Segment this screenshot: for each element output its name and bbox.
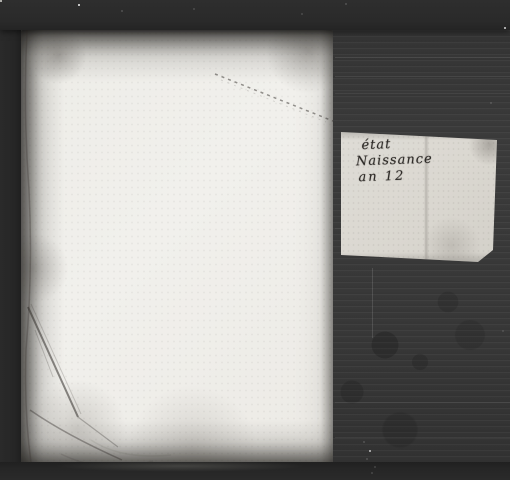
paper-label-fragment: état Naissance an 12 [341, 128, 499, 266]
handwritten-label: état Naissance an 12 [355, 136, 433, 187]
film-left-edge [0, 0, 21, 480]
film-scratch-line [335, 437, 510, 438]
page-crease-marks [21, 30, 333, 463]
film-scratch-line [335, 57, 510, 58]
film-top-bar [0, 0, 510, 30]
handwritten-line-naissance: Naissance [356, 152, 433, 171]
film-scratch-line-vertical [372, 268, 373, 338]
film-bottom-bar [0, 462, 510, 480]
film-scratch-line [335, 93, 510, 94]
microfilm-scan-frame: état Naissance an 12 [0, 0, 510, 480]
handwritten-line-an12: an 12 [358, 168, 433, 187]
film-scratch-line [335, 76, 510, 77]
register-cover-page [21, 30, 333, 463]
film-scratch-line [335, 402, 510, 403]
dust-specks [0, 0, 2, 2]
